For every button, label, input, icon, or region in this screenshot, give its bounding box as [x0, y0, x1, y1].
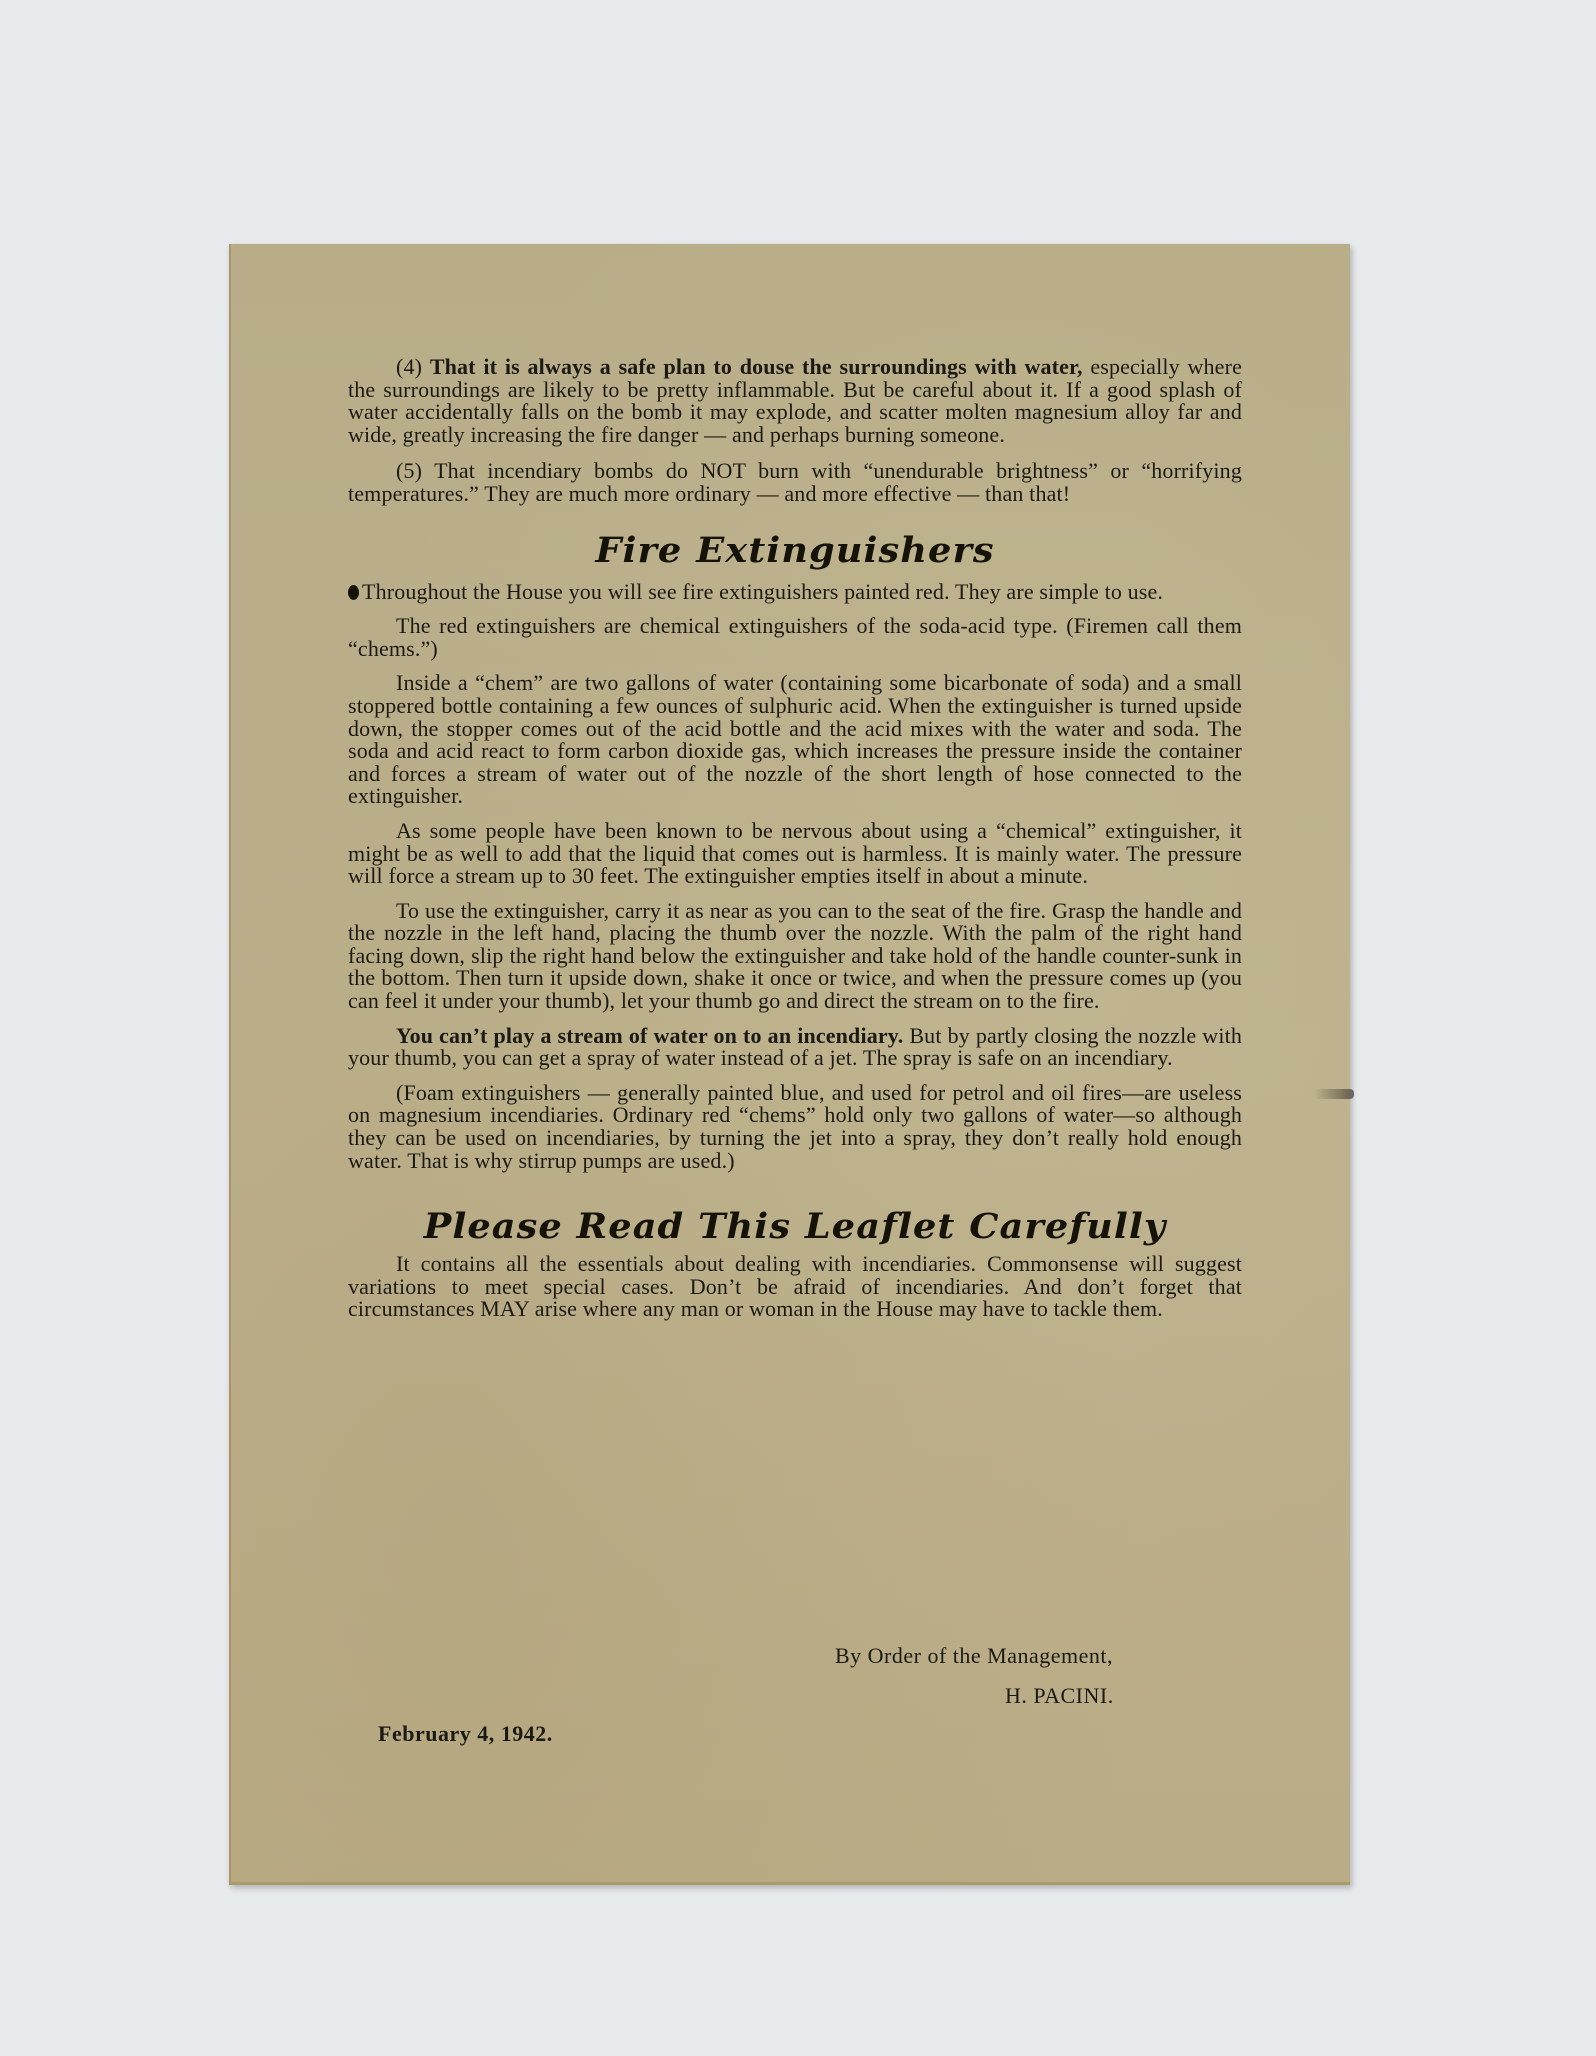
- paragraph-number: (5): [396, 458, 422, 483]
- paragraph-warning: You can’t play a stream of water on to a…: [348, 1025, 1242, 1070]
- bullet-icon: [348, 585, 359, 600]
- paragraph-soda-acid: The red extinguishers are chemical extin…: [348, 615, 1242, 660]
- heading-fire-extinguishers: Fire Extinguishers: [326, 530, 1265, 571]
- paragraph-5: (5) That incendiary bombs do NOT burn wi…: [348, 460, 1242, 505]
- paragraph-how-to-use: To use the extinguisher, carry it as nea…: [348, 900, 1242, 1013]
- heading-read-carefully: Please Read This Leaflet Carefully: [326, 1206, 1265, 1247]
- leaflet-date: February 4, 1942.: [378, 1721, 553, 1747]
- paragraph-bold-lead: That it is always a safe plan to douse t…: [430, 354, 1083, 379]
- paragraph-read-carefully: It contains all the essentials about dea…: [348, 1253, 1242, 1321]
- signature-order-line: By Order of the Management,: [835, 1643, 1113, 1669]
- paragraph-inside-chem: Inside a “chem” are two gallons of water…: [348, 672, 1242, 808]
- warning-bold: You can’t play a stream of water on to a…: [396, 1023, 903, 1048]
- leaflet-page: (4) That it is always a safe plan to dou…: [229, 244, 1350, 1885]
- paragraph-text: That incendiary bombs do NOT burn with “…: [348, 458, 1242, 506]
- paragraph-foam-note: (Foam extinguishers — generally painted …: [348, 1082, 1242, 1172]
- paragraph-text: Throughout the House you will see fire e…: [362, 579, 1163, 604]
- paragraph-number: (4): [396, 354, 422, 379]
- paper-tear: [1314, 1089, 1354, 1099]
- signature-name: H. PACINI.: [1005, 1683, 1114, 1709]
- paragraph-intro: Throughout the House you will see fire e…: [348, 581, 1242, 604]
- paragraph-nervous: As some people have been known to be ner…: [348, 820, 1242, 888]
- text-column: (4) That it is always a safe plan to dou…: [348, 356, 1242, 1321]
- paragraph-4: (4) That it is always a safe plan to dou…: [348, 356, 1242, 446]
